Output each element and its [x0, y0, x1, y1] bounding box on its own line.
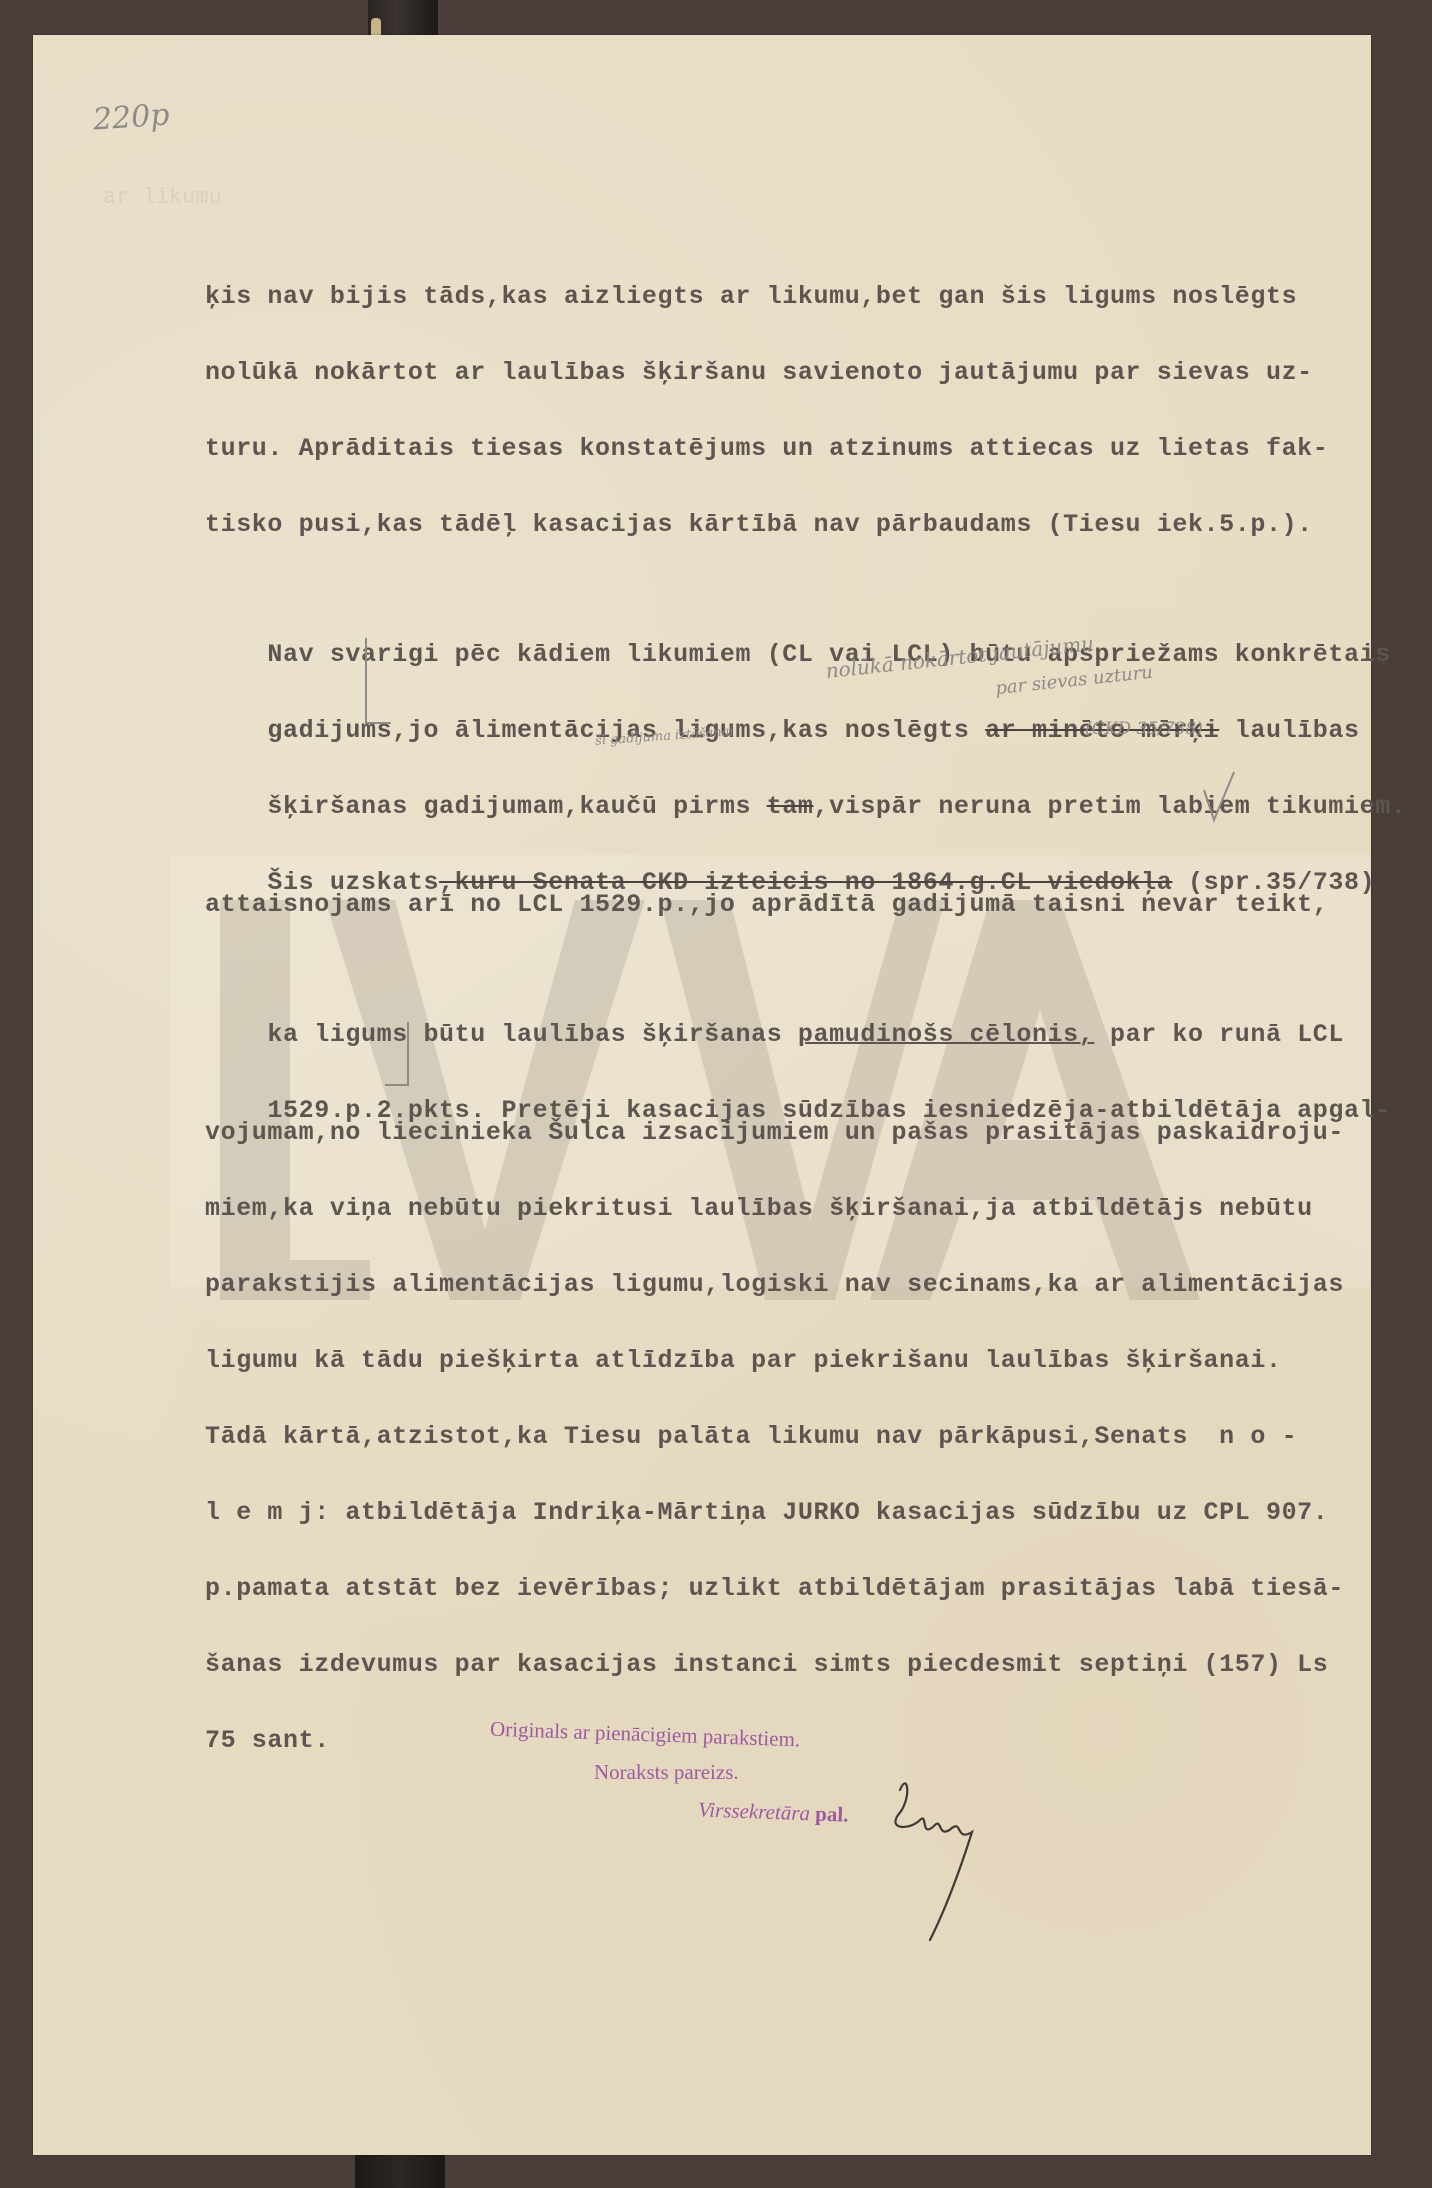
text-line-1: ķis nav bijis tāds,kas aizliegts ar liku…	[205, 270, 1335, 346]
typewritten-body: ķis nav bijis tāds,kas aizliegts ar liku…	[205, 270, 1335, 1790]
bleed-through-text: ar likumu	[103, 185, 222, 210]
text-line-17: l e m j: atbildētāja Indriķa-Mārtiņa JUR…	[205, 1486, 1335, 1562]
text-line-4: tisko pusi,kas tādēļ kasacijas kārtībā n…	[205, 498, 1335, 574]
text-line-7: šķiršanas gadijumam,kaučū pirms tam,visp…	[205, 726, 1335, 802]
folio-number-note: 220p	[92, 97, 171, 137]
text-line-8: Šis uzskats,kuru Senata CKD izteicis no …	[205, 802, 1335, 878]
text-line-6: gadijums,jo ālimentācijas ligums,kas nos…	[205, 650, 1335, 726]
stamp-line-secretary: Virssekretāra pal.	[698, 1797, 849, 1827]
stamp-secretary-abbrev: pal.	[815, 1801, 849, 1826]
text-line-19: šanas izdevumus par kasacijas instanci s…	[205, 1638, 1335, 1714]
stamp-line-copy-correct: Noraksts pareizs.	[594, 1760, 739, 1785]
text-line-9: attaisnojams arī no LCL 1529.p.,jo aprād…	[205, 878, 1335, 954]
text-line-15: ligumu kā tādu piešķirta atlīdzība par p…	[205, 1334, 1335, 1410]
margin-bracket-foot	[365, 722, 391, 724]
text-line-12: vojumam,no liecinieka Šulca izsacijumiem…	[205, 1106, 1335, 1182]
signature-icon	[880, 1770, 990, 1950]
checkmark-icon	[1200, 770, 1240, 830]
text-line-13: miem,ka viņa nebūtu piekritusi laulības …	[205, 1182, 1335, 1258]
text-line-10: ka ligums būtu laulības šķiršanas pamudi…	[205, 954, 1335, 1030]
text-line-14: parakstijis alimentācijas ligumu,logiski…	[205, 1258, 1335, 1334]
text-line-18: p.pamata atstāt bez ievērības; uzlikt at…	[205, 1562, 1335, 1638]
margin-bracket-foot	[385, 1084, 409, 1086]
text-line-2: nolūkā nokārtot ar laulības šķiršanu sav…	[205, 346, 1335, 422]
stamp-secretary-title: Virssekretāra	[698, 1797, 811, 1825]
binder-clip-bottom	[355, 2150, 445, 2188]
text-line-5: Nav svarigi pēc kādiem likumiem (CL vai …	[205, 574, 1335, 650]
margin-bracket-right	[407, 1022, 409, 1084]
text-line-16: Tādā kārtā,atzistot,ka Tiesu palāta liku…	[205, 1410, 1335, 1486]
text-line-3: turu. Aprāditais tiesas konstatējums un …	[205, 422, 1335, 498]
text-line-11: 1529.p.2.pkts. Pretēji kasacijas sūdzība…	[205, 1030, 1335, 1106]
margin-bracket-left	[365, 638, 367, 722]
